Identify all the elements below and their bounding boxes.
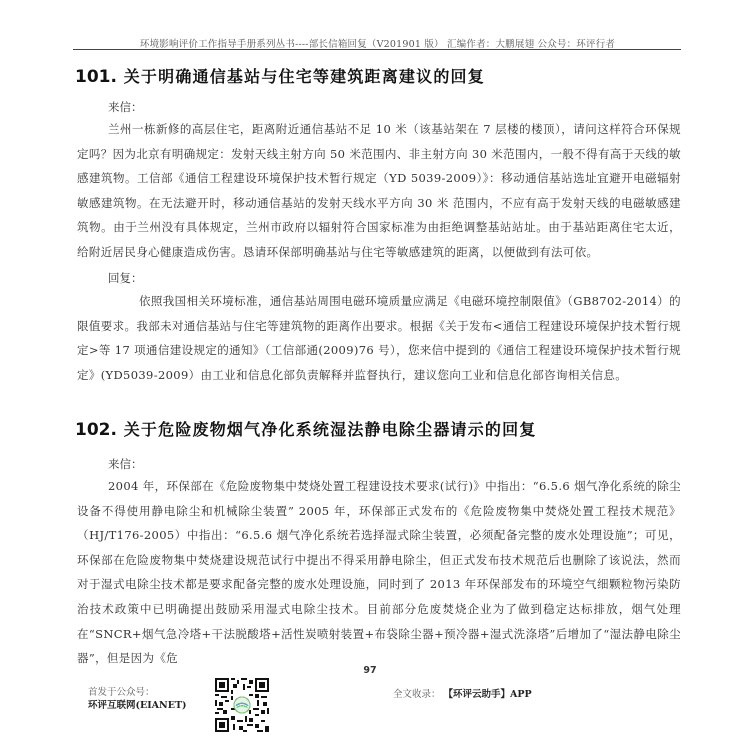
section-title-102: 102. 关于危险废物烟气净化系统湿法静电除尘器请示的回复: [75, 417, 537, 440]
footer-first-published-label: 首发于公众号：: [88, 686, 187, 699]
running-header: 环境影响评价工作指导手册系列丛书----部长信箱回复（V201901 版） 汇编…: [75, 36, 680, 50]
section-title-text: 关于明确通信基站与住宅等建筑距离建议的回复: [124, 67, 485, 86]
header-divider: [73, 49, 681, 50]
section-number: 101.: [75, 67, 117, 87]
footer-app-name: 【环评云助手】APP: [444, 689, 532, 700]
footer-brand: 环评互联网(EIANET): [88, 699, 187, 712]
reply-label: 回复：: [108, 270, 143, 286]
reply-paragraph: 依照我国相关环境标准，通信基站周围电磁环境质量应满足《电磁环境控制限值》（GB8…: [77, 289, 681, 387]
footer-publisher: 首发于公众号： 环评互联网(EIANET): [88, 686, 187, 712]
letter-label: 来信：: [108, 456, 143, 472]
section-title-101: 101. 关于明确通信基站与住宅等建筑距离建议的回复: [75, 64, 485, 87]
footer-collection-label: 全文收录：: [393, 689, 441, 700]
qr-code-icon: [213, 676, 271, 734]
footer-collection-note: 全文收录： 【环评云助手】APP: [393, 686, 532, 700]
page-number: 97: [0, 665, 740, 676]
section-title-text: 关于危险废物烟气净化系统湿法静电除尘器请示的回复: [124, 420, 537, 439]
letter-label: 来信：: [108, 99, 143, 115]
section-number: 102.: [75, 420, 117, 440]
letter-paragraph: 2004 年，环保部在《危险废物集中焚烧处置工程建设技术要求(试行)》中指出：“…: [77, 474, 681, 671]
document-page: 环境影响评价工作指导手册系列丛书----部长信箱回复（V201901 版） 汇编…: [0, 0, 740, 740]
letter-paragraph: 兰州一栋新修的高层住宅，距离附近通信基站不足 10 米（该基站架在 7 层楼的楼…: [77, 117, 681, 265]
